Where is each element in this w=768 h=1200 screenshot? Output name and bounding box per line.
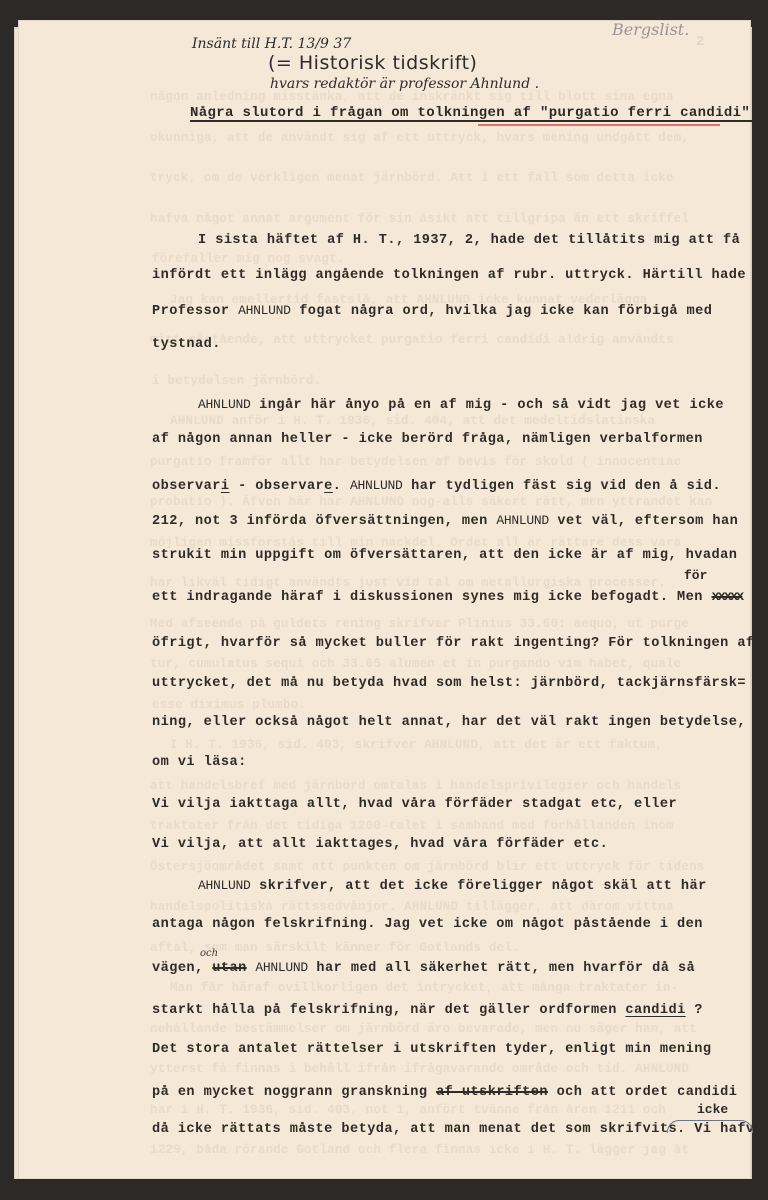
line-text: observar bbox=[152, 479, 221, 494]
bleed-through-line: traktater från det tidiga 1200-talet i s… bbox=[150, 819, 674, 833]
body-line: Det stora antalet rättelser i utskriften… bbox=[152, 1042, 712, 1057]
bleed-through-line: Östersjöområdet samt att punkten om järn… bbox=[150, 860, 705, 874]
line-text: om vi läsa: bbox=[152, 755, 247, 770]
page-number: 2 bbox=[696, 34, 704, 50]
line-text: ingår här ånyo på en af mig - och så vid… bbox=[251, 398, 724, 413]
body-line: på en mycket noggrann granskning af utsk… bbox=[152, 1085, 737, 1100]
author-name: AHNLUND bbox=[198, 878, 251, 893]
line-text: antaga någon felskrifning. Jag vet icke … bbox=[152, 917, 703, 932]
body-line: om vi läsa: bbox=[152, 755, 247, 770]
author-name: AHNLUND bbox=[198, 397, 251, 412]
author-name: AHNLUND bbox=[238, 303, 291, 318]
bleed-through-line: tryck, om de verkligen menat järnbörd. A… bbox=[150, 171, 674, 185]
line-text: ett indragande häraf i diskussionen syne… bbox=[152, 590, 712, 605]
bleed-through-line: nehållande bestämmelser om järnbörd äro … bbox=[150, 1022, 697, 1036]
bleed-through-line: esse diximus plumbo. bbox=[152, 698, 306, 712]
line-text: och att ordet candidi bbox=[548, 1085, 737, 1100]
line-text: vet väl, eftersom han bbox=[549, 514, 738, 529]
bleed-through-line: mitt påstående, att uttrycket purgatio f… bbox=[150, 333, 674, 347]
body-line: starkt hålla på felskrifning, när det gä… bbox=[152, 1003, 703, 1018]
underlined-word: candidi bbox=[625, 1003, 685, 1018]
struck-text: utan bbox=[212, 961, 246, 976]
line-text: I sista häftet af H. T., 1937, 2, hade d… bbox=[198, 233, 740, 248]
body-line: Vi vilja iakttaga allt, hvad våra förfäd… bbox=[152, 797, 677, 812]
bleed-through-line: har i H. T. 1936, sid. 403, not 1, anför… bbox=[150, 1103, 666, 1117]
line-text: . bbox=[333, 479, 350, 494]
body-line: öfrigt, hvarför så mycket buller för rak… bbox=[152, 636, 755, 651]
red-underline-mark bbox=[478, 124, 720, 126]
body-line: AHNLUND ingår här ånyo på en af mig - oc… bbox=[198, 397, 724, 413]
typed-insertion: för bbox=[684, 568, 707, 583]
handwritten-editor-note: hvars redaktör är professor Ahnlund . bbox=[270, 76, 539, 92]
bleed-through-line: någon anledning misstänka, att de inskrä… bbox=[150, 90, 674, 104]
line-text: starkt hålla på felskrifning, när det gä… bbox=[152, 1003, 625, 1018]
handwritten-journal-note: (= Historisk tidskrift) bbox=[268, 52, 477, 74]
bleed-through-line: purgatio framför allt har betydelsen af … bbox=[150, 455, 681, 469]
bleed-through-line: tur, cumulatus sequi och 33.65 alumen et… bbox=[150, 657, 681, 671]
body-line: AHNLUND skrifver, att det icke föreligge… bbox=[198, 878, 707, 894]
crossed-out-text: xxxxx bbox=[712, 590, 743, 605]
bleed-through-line: hafva något annat argument för sin åsikt… bbox=[150, 212, 689, 226]
line-text: ning, eller också något helt annat, har … bbox=[152, 715, 746, 730]
body-line: Vi vilja, att allt iakttages, hvad våra … bbox=[152, 837, 608, 852]
body-line: I sista häftet af H. T., 1937, 2, hade d… bbox=[198, 233, 740, 248]
typed-insertion: icke bbox=[697, 1102, 728, 1117]
handwritten-submission-note: Insänt till H.T. 13/9 37 bbox=[192, 36, 351, 52]
line-text: fogat några ord, hvilka jag icke kan för… bbox=[291, 304, 713, 319]
body-line: ett indragande häraf i diskussionen syne… bbox=[152, 590, 742, 605]
bleed-through-line: okunniga, att de användt sig af ett uttr… bbox=[150, 131, 689, 145]
body-line: 212, not 3 införda öfversättningen, men … bbox=[152, 513, 738, 529]
body-line: Professor AHNLUND fogat några ord, hvilk… bbox=[152, 303, 712, 319]
line-text: af någon annan heller - icke berörd fråg… bbox=[152, 432, 703, 447]
body-line: vägen, utan AHNLUND har med all säkerhet… bbox=[152, 960, 695, 976]
line-text: uttrycket, det må nu betyda hvad som hel… bbox=[152, 676, 746, 691]
body-line: tystnad. bbox=[152, 337, 221, 352]
body-line: ning, eller också något helt annat, har … bbox=[152, 715, 746, 730]
bleed-through-line: probatio ). Äfven här har AHNLUND nog-al… bbox=[150, 495, 712, 509]
author-name: AHNLUND bbox=[496, 513, 549, 528]
body-line: af någon annan heller - icke berörd fråg… bbox=[152, 432, 703, 447]
line-text: Det stora antalet rättelser i utskriften… bbox=[152, 1042, 712, 1057]
line-text: har tydligen fäst sig vid den å sid. bbox=[403, 479, 721, 494]
line-text: Vi vilja iakttaga allt, hvad våra förfäd… bbox=[152, 797, 677, 812]
line-text: ? bbox=[686, 1003, 703, 1018]
body-line: strukit min uppgift om öfversättaren, at… bbox=[152, 548, 737, 563]
bleed-through-line: handelspolitiska rättssedvänjor. AHNLUND… bbox=[150, 900, 674, 914]
line-text: infördt ett inlägg angående tolkningen a… bbox=[152, 268, 746, 283]
body-line: antaga någon felskrifning. Jag vet icke … bbox=[152, 917, 703, 932]
underlined-letter: e bbox=[324, 479, 333, 494]
bleed-through-line: Med afseende på guldets rening skrifver … bbox=[150, 617, 689, 631]
body-line: infördt ett inlägg angående tolkningen a… bbox=[152, 268, 746, 283]
insertion-caret-mark bbox=[667, 1120, 753, 1133]
line-text: skrifver, att det icke föreligger något … bbox=[251, 879, 707, 894]
line-text: öfrigt, hvarför så mycket buller för rak… bbox=[152, 636, 755, 651]
bleed-through-line: har likväl tidigt användts just vid tal … bbox=[150, 576, 666, 590]
body-line: uttrycket, det må nu betyda hvad som hel… bbox=[152, 676, 746, 691]
body-line: observari - observare. AHNLUND har tydli… bbox=[152, 478, 721, 494]
line-text: Professor bbox=[152, 304, 238, 319]
document-title: Några slutord i frågan om tolkningen af … bbox=[190, 105, 759, 121]
bleed-through-line: förefaller mig nog svagt. bbox=[152, 252, 345, 266]
struck-text: af utskriften bbox=[436, 1085, 548, 1100]
bleed-through-line: att handelsbref med järnbörd omtalas i h… bbox=[150, 779, 681, 793]
bleed-through-line: 1229, båda rörande Gotland och flera fin… bbox=[150, 1143, 689, 1157]
bleed-through-line: I H. T. 1936, sid. 403, skrifver AHNLUND… bbox=[170, 738, 663, 752]
line-text: - observar bbox=[229, 479, 324, 494]
line-text: strukit min uppgift om öfversättaren, at… bbox=[152, 548, 737, 563]
line-text: har med all säkerhet rätt, men hvarför d… bbox=[308, 961, 695, 976]
bleed-through-line: ytterst få finnas i behåll ifrån ifrågav… bbox=[150, 1062, 689, 1076]
bleed-through-line: Man får häraf ovillkorligen det intrycke… bbox=[170, 981, 678, 995]
author-name: AHNLUND bbox=[350, 478, 403, 493]
handwritten-insertion: och bbox=[200, 948, 218, 959]
line-text: Vi vilja, att allt iakttages, hvad våra … bbox=[152, 837, 608, 852]
line-text: vägen, bbox=[152, 961, 212, 976]
author-name: AHNLUND bbox=[255, 960, 308, 975]
bleed-through-line: AHNLUND anför i H. T. 1936, sid. 404, at… bbox=[170, 414, 655, 428]
pencil-signature: Bergslist. bbox=[612, 20, 689, 39]
line-text: på en mycket noggrann granskning bbox=[152, 1085, 436, 1100]
line-text: tystnad. bbox=[152, 337, 221, 352]
line-text: 212, not 3 införda öfversättningen, men bbox=[152, 514, 496, 529]
bleed-through-line: i betydelsen järnbörd. bbox=[152, 374, 321, 388]
